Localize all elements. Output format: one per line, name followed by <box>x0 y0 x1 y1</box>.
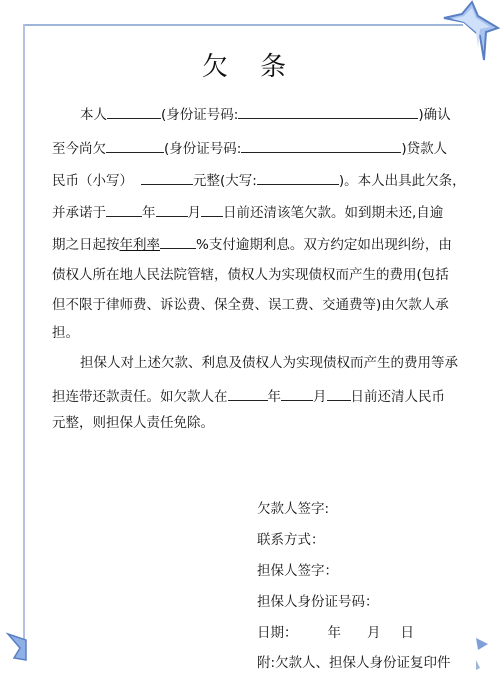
text-segment: 担连带还款责任。如欠款人在 <box>52 389 228 405</box>
date-row: 日期：年月日 <box>257 624 414 642</box>
text-segment: 元整(大写: <box>193 173 257 189</box>
para2-line1: 担保人对上述欠款、利息及债权人为实现债权而产生的费用等承 <box>80 354 458 372</box>
guarantor-signature-label: 担保人签字： <box>257 562 338 580</box>
star-decoration-bottom-right-icon <box>474 636 494 672</box>
document-title: 欠 条 <box>0 46 500 83</box>
debtor-signature-label: 欠款人签字: <box>257 500 329 518</box>
amount-uppercase-blank[interactable] <box>257 170 339 185</box>
para1-line3: 民币（小写）元整(大写:)。本人出具此欠条， <box>52 170 466 190</box>
page-border-left <box>23 24 25 654</box>
attachment-note: 附:欠款人、担保人身份证复印件 <box>257 654 451 672</box>
text-segment: (身份证号码: <box>164 141 241 157</box>
text-segment: 年 <box>268 389 282 405</box>
para1-line1: 本人(身份证号码:)确认 <box>80 104 451 124</box>
text-segment: 期之日起按 <box>52 237 120 253</box>
para1-line8: 担。 <box>52 324 79 342</box>
text-segment: 月 <box>188 205 202 221</box>
text-segment: 年 <box>142 205 156 221</box>
amount-lowercase-blank[interactable] <box>141 170 193 185</box>
star-decoration-bottom-left-icon <box>6 628 28 664</box>
para1-line7: 但不限于律师费、诉讼费、保全费、误工费、交通费等)由欠款人承 <box>52 296 449 314</box>
text-segment: (身份证号码: <box>161 107 238 123</box>
para2-line2: 担连带还款责任。如欠款人在年月日前还清人民币 <box>52 386 445 406</box>
text-segment: 月 <box>313 389 327 405</box>
day-label: 日 <box>401 625 415 641</box>
repay-day-blank[interactable] <box>201 202 223 217</box>
para1-line5: 期之日起按年利率%支付逾期利息。双方约定如出现纠纷，由 <box>52 234 452 254</box>
guarantee-year-blank[interactable] <box>228 386 268 401</box>
text-segment: 本人 <box>80 107 107 123</box>
interest-rate-blank[interactable] <box>160 234 196 249</box>
repay-year-blank[interactable] <box>106 202 142 217</box>
text-segment: 日前还清该笔欠款。如到期未还,自逾 <box>223 205 443 221</box>
text-segment: )。本人出具此欠条， <box>339 173 466 189</box>
annual-rate-label: 年利率 <box>120 237 161 253</box>
date-label: 日期： <box>257 625 298 641</box>
month-label: 月 <box>367 625 381 641</box>
para1-line2: 至今尚欠(身份证号码:)贷款人 <box>52 138 447 158</box>
debtor-name-blank[interactable] <box>107 104 161 119</box>
text-segment: %支付逾期利息。双方约定如出现纠纷，由 <box>196 237 452 253</box>
creditor-id-blank[interactable] <box>241 138 401 153</box>
debtor-id-blank[interactable] <box>238 104 418 119</box>
text-segment: 民币（小写） <box>52 173 133 189</box>
text-segment: )贷款人 <box>401 141 447 157</box>
guarantor-id-label: 担保人身份证号码： <box>257 593 379 611</box>
text-segment: 日前还清人民币 <box>351 389 446 405</box>
para1-line6: 债权人所在地人民法院管辖，债权人为实现债权而产生的费用(包括 <box>52 266 449 284</box>
text-segment: )确认 <box>418 107 450 123</box>
creditor-name-blank[interactable] <box>106 138 164 153</box>
year-label: 年 <box>328 625 342 641</box>
guarantee-month-blank[interactable] <box>281 386 313 401</box>
para1-line4: 并承诺于年月日前还清该笔欠款。如到期未还,自逾 <box>52 202 443 222</box>
page-border-top <box>23 24 463 26</box>
guarantee-day-blank[interactable] <box>327 386 351 401</box>
repay-month-blank[interactable] <box>156 202 188 217</box>
text-segment: 至今尚欠 <box>52 141 106 157</box>
para2-line3: 元整，则担保人责任免除。 <box>52 414 214 432</box>
text-segment: 并承诺于 <box>52 205 106 221</box>
contact-label: 联系方式： <box>257 531 325 549</box>
